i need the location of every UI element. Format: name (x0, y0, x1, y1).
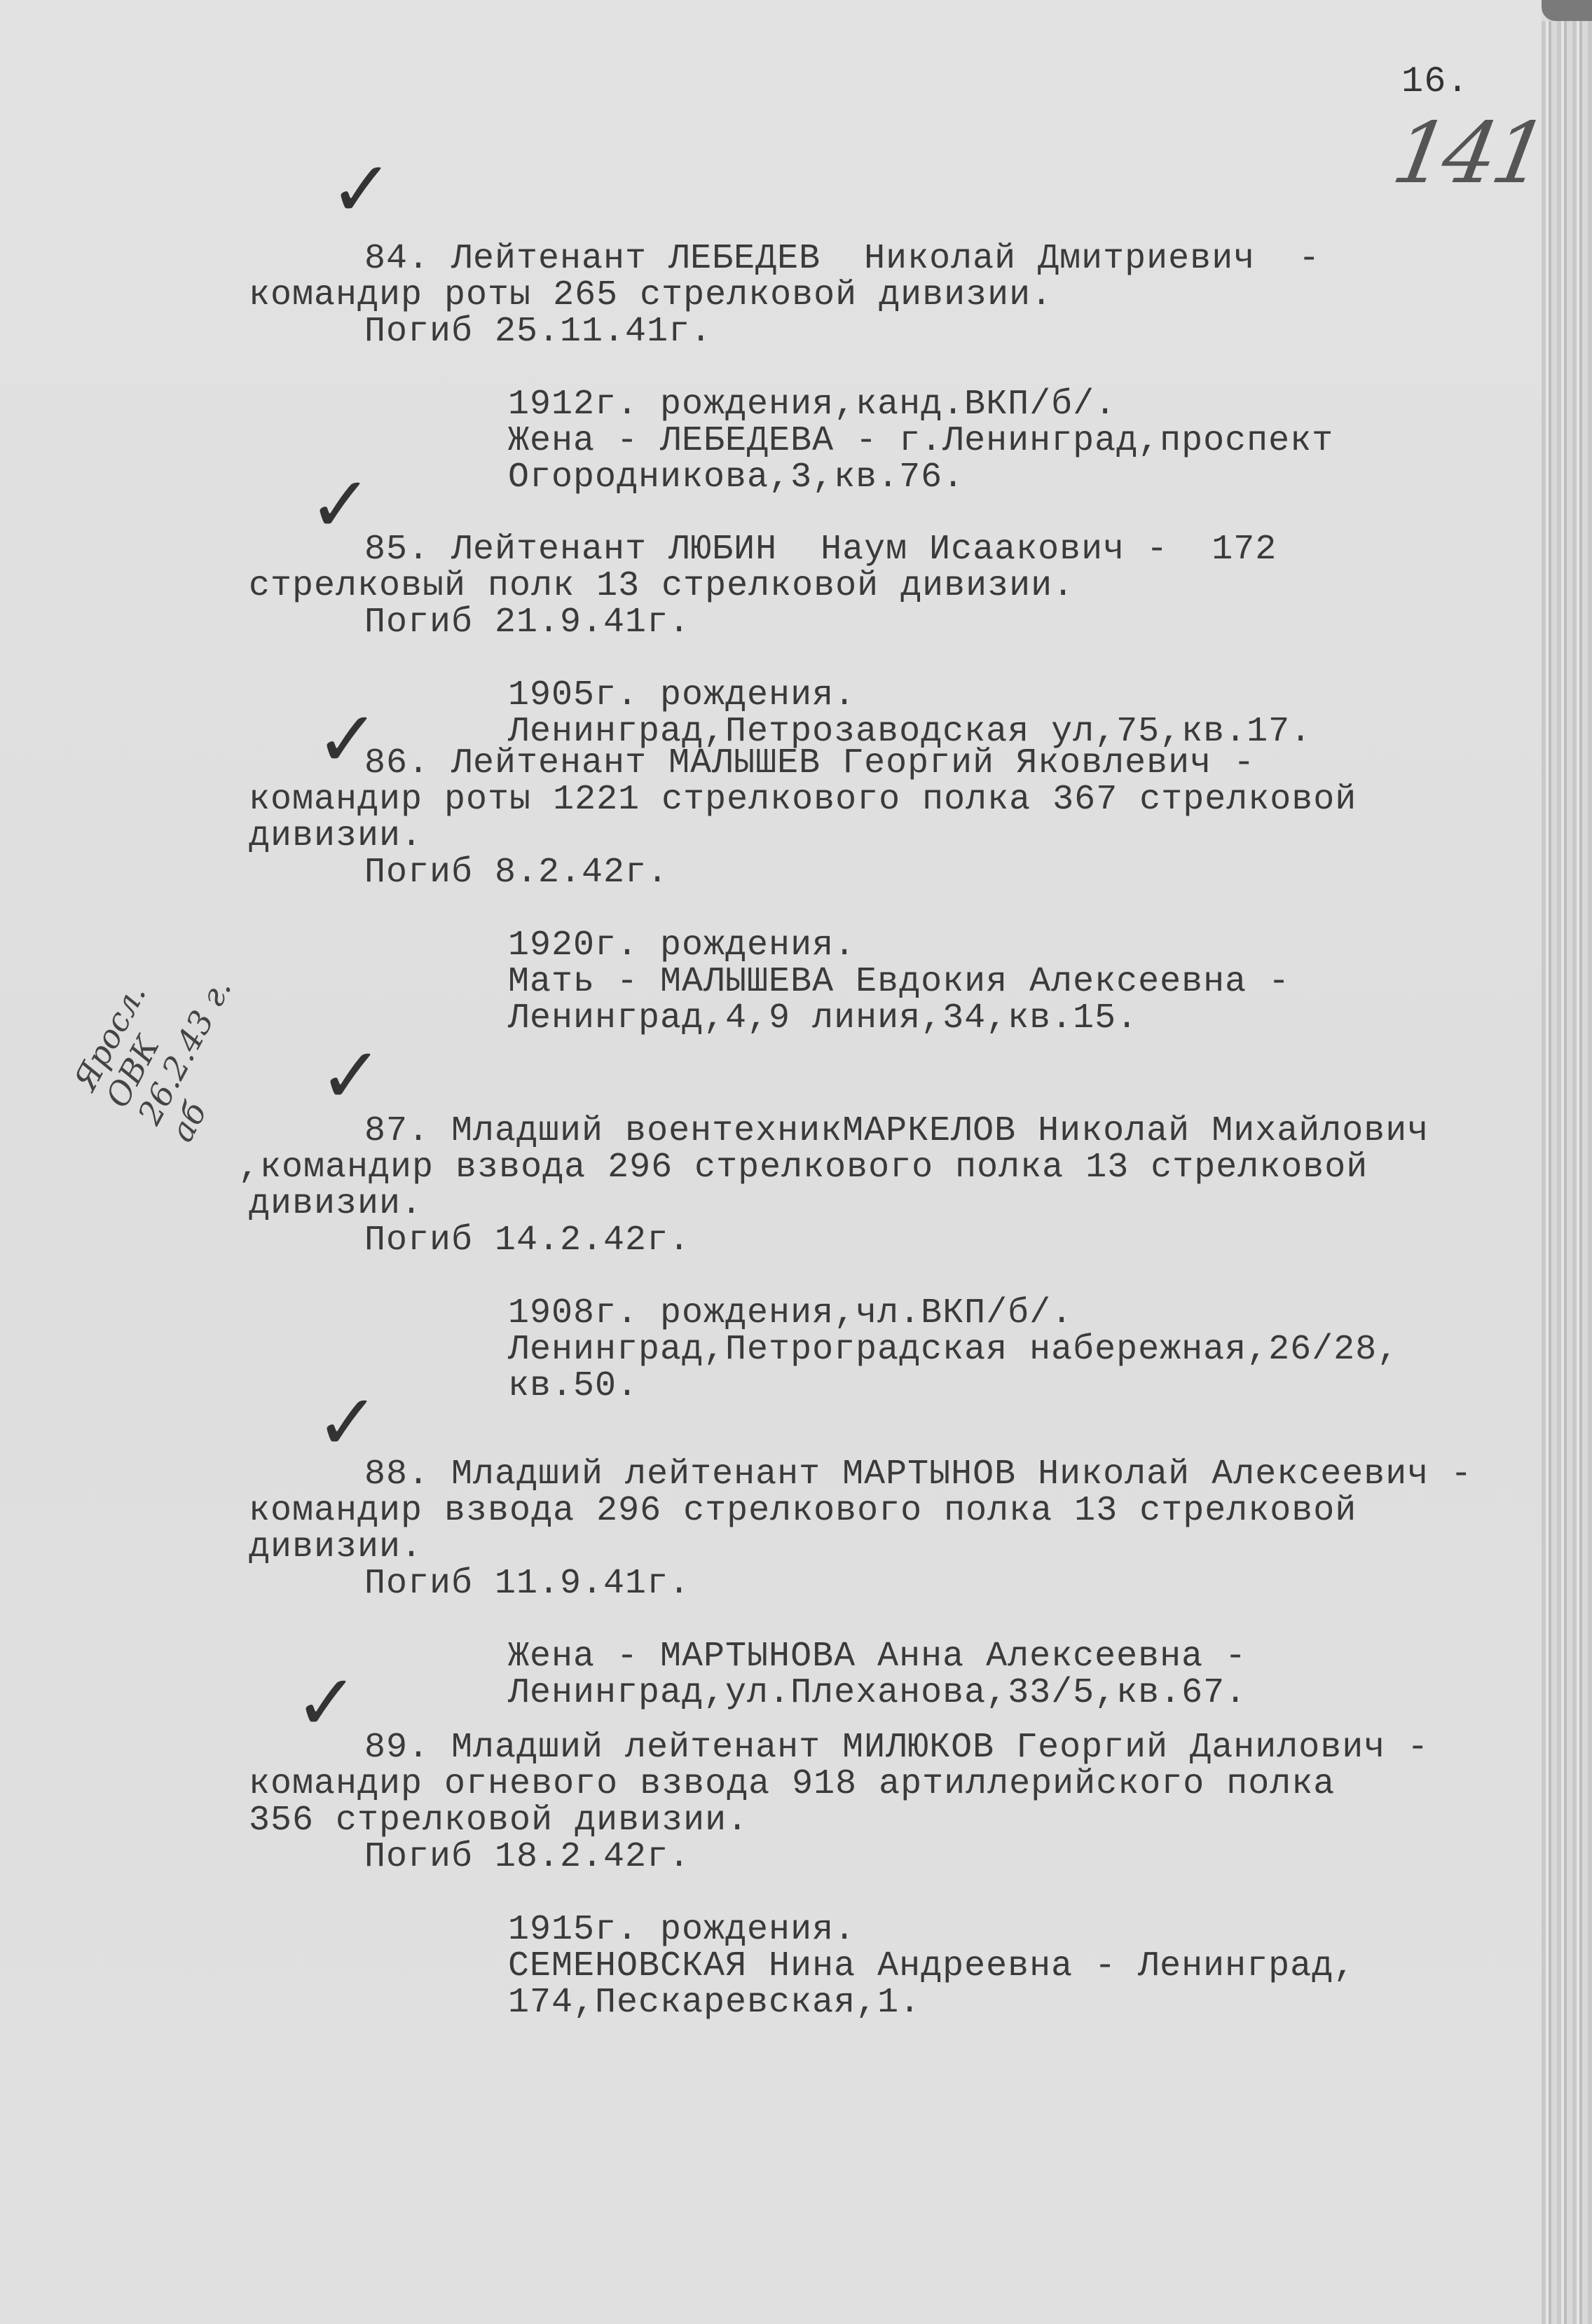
entry-heading: 84. Лейтенант ЛЕБЕДЕВ Николай Дмитриевич… (364, 242, 1320, 277)
entry-line: командир роты 1221 стрелкового полка 367… (249, 783, 1357, 818)
entry-line: Огородникова,3,кв.76. (508, 460, 964, 495)
entry-line: стрелковый полк 13 стрелковой дивизии. (249, 569, 1074, 604)
entry-line: дивизии. (249, 819, 423, 854)
binding-edge-top (1542, 0, 1592, 21)
entry-line: Погиб 11.9.41г. (364, 1567, 690, 1602)
page-number: 16. (1401, 64, 1469, 99)
checkmark-icon: ✓ (315, 701, 380, 778)
checkmark-icon: ✓ (315, 1384, 380, 1461)
entry-line: ,командир взвода 296 стрелкового полка 1… (238, 1150, 1368, 1185)
checkmark-icon: ✓ (308, 466, 373, 543)
entry-line: 356 стрелковой дивизии. (249, 1803, 748, 1838)
checkmark-icon: ✓ (294, 1664, 359, 1741)
entry-line: 1915г. рождения. (508, 1913, 856, 1948)
entry-line: дивизии. (249, 1530, 423, 1565)
entry-line: Погиб 14.2.42г. (364, 1223, 690, 1258)
entry-line: командир взвода 296 стрелкового полка 13… (249, 1494, 1357, 1529)
entry-line: Погиб 25.11.41г. (364, 315, 712, 350)
entry-line: 174,Пескаревская,1. (508, 1986, 921, 2021)
entry-line: Жена - ЛЕБЕДЕВА - г.Ленинград,проспект (508, 424, 1333, 459)
checkmark-icon: ✓ (329, 151, 394, 228)
entry-line: командир роты 265 стрелковой дивизии. (249, 278, 1052, 313)
entry-line: командир огневого взвода 918 артиллерийс… (249, 1767, 1335, 1802)
entry-line: Мать - МАЛЫШЕВА Евдокия Алексеевна - (508, 965, 1290, 1000)
entry-line: кв.50. (508, 1369, 638, 1404)
entry-heading: 89. Младший лейтенант МИЛЮКОВ Георгий Да… (364, 1731, 1429, 1766)
entry-line: 1905г. рождения. (508, 678, 856, 713)
entry-line: дивизии. (249, 1187, 423, 1222)
entry-line: СЕМЕНОВСКАЯ Нина Андреевна - Ленинград, (508, 1949, 1355, 1984)
checkmark-icon: ✓ (319, 1037, 383, 1114)
entry-heading: 86. Лейтенант МАЛЫШЕВ Георгий Яковлевич … (364, 746, 1255, 781)
entry-line: Жена - МАРТЫНОВА Анна Алексеевна - (508, 1639, 1247, 1675)
entry-line: Погиб 18.2.42г. (364, 1840, 690, 1875)
entry-heading: 88. Младший лейтенант МАРТЫНОВ Николай А… (364, 1457, 1472, 1492)
entry-heading: 87. Младший воентехникМАРКЕЛОВ Николай М… (364, 1114, 1429, 1149)
binding-edge (1542, 21, 1592, 2324)
entry-line: Погиб 8.2.42г. (364, 855, 668, 891)
entry-line: 1912г. рождения,канд.ВКП/б/. (508, 387, 1116, 422)
folio-number-handwritten: 141 (1386, 105, 1551, 202)
entry-line: Ленинград,ул.Плеханова,33/5,кв.67. (508, 1676, 1247, 1711)
entry-line: Ленинград,Петроградская набережная,26/28… (508, 1333, 1399, 1368)
entry-line: 1920г. рождения. (508, 928, 856, 963)
entry-line: Погиб 21.9.41г. (364, 605, 690, 640)
entry-line: 1908г. рождения,чл.ВКП/б/. (508, 1296, 1073, 1331)
entry-heading: 85. Лейтенант ЛЮБИН Наум Исаакович - 172 (364, 532, 1277, 568)
entry-line: Ленинград,4,9 линия,34,кв.15. (508, 1001, 1138, 1036)
